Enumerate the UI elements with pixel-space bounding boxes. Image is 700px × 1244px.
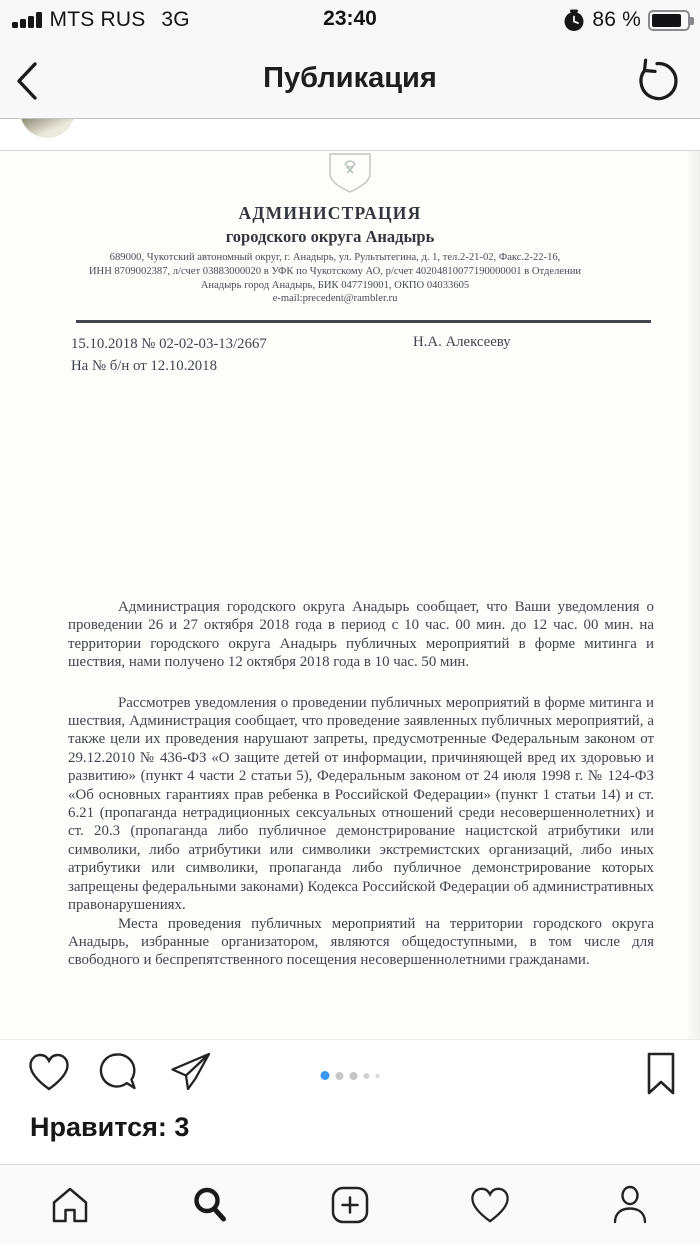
nav-bar: Публикация [0, 40, 700, 119]
carousel-dot [336, 1072, 344, 1080]
org-name: АДМИНИСТРАЦИЯ [0, 203, 660, 224]
addressee: Н.А. Алексееву [413, 334, 511, 351]
paragraph: Места проведения публичных мероприятий н… [68, 915, 654, 970]
carousel-dot [376, 1074, 380, 1078]
paragraph: Администрация городского округа Анадырь … [68, 598, 654, 672]
battery-icon [648, 10, 690, 31]
tab-bar [0, 1164, 700, 1244]
org-subname: городского округа Анадырь [0, 227, 660, 247]
incoming-reference: На № б/н от 12.10.2018 [71, 356, 267, 378]
carousel-dots [321, 1071, 380, 1080]
coat-of-arms-icon [323, 152, 377, 200]
share-button[interactable] [168, 1051, 212, 1093]
bookmark-icon [644, 1051, 678, 1096]
comment-bubble-icon [97, 1051, 139, 1093]
tab-search[interactable] [140, 1165, 280, 1244]
heart-icon [468, 1185, 512, 1225]
tab-new-post[interactable] [280, 1165, 420, 1244]
like-button[interactable] [26, 1051, 72, 1093]
paragraph: Рассмотрев уведомления о проведении публ… [68, 694, 654, 915]
tab-activity[interactable] [420, 1165, 560, 1244]
carousel-dot [350, 1072, 358, 1080]
tab-profile[interactable] [560, 1165, 700, 1244]
heart-icon [26, 1051, 72, 1093]
org-address-block: 689000, Чукотский автономный округ, г. А… [0, 251, 670, 306]
letterhead-divider [76, 320, 651, 323]
tab-home[interactable] [0, 1165, 140, 1244]
letter-body: Администрация городского округа Анадырь … [68, 598, 654, 970]
page-title: Публикация [0, 62, 700, 95]
history-refresh-icon [630, 56, 680, 106]
reference-block: 15.10.2018 № 02-02-03-13/2667 На № б/н о… [71, 334, 267, 377]
history-button[interactable] [630, 55, 682, 107]
new-post-icon [329, 1184, 371, 1226]
carousel-dot [321, 1071, 330, 1080]
letter-document: АДМИНИСТРАЦИЯ городского округа Анадырь … [0, 151, 700, 1039]
battery-percent-label: 86 % [592, 8, 641, 32]
alarm-icon [563, 9, 585, 32]
home-icon [49, 1185, 91, 1225]
profile-icon [610, 1184, 650, 1226]
post-action-bar [0, 1040, 700, 1114]
carousel-dot [364, 1073, 370, 1079]
save-button[interactable] [644, 1051, 678, 1096]
status-bar: MTS RUS 3G 23:40 86 % [0, 0, 700, 40]
post-image-document[interactable]: АДМИНИСТРАЦИЯ городского округа Анадырь … [0, 150, 700, 1040]
paper-plane-icon [168, 1051, 212, 1093]
likes-count[interactable]: Нравится: 3 [30, 1112, 189, 1143]
search-icon [190, 1185, 230, 1225]
outgoing-number: 15.10.2018 № 02-02-03-13/2667 [71, 334, 267, 356]
comment-button[interactable] [97, 1051, 139, 1093]
